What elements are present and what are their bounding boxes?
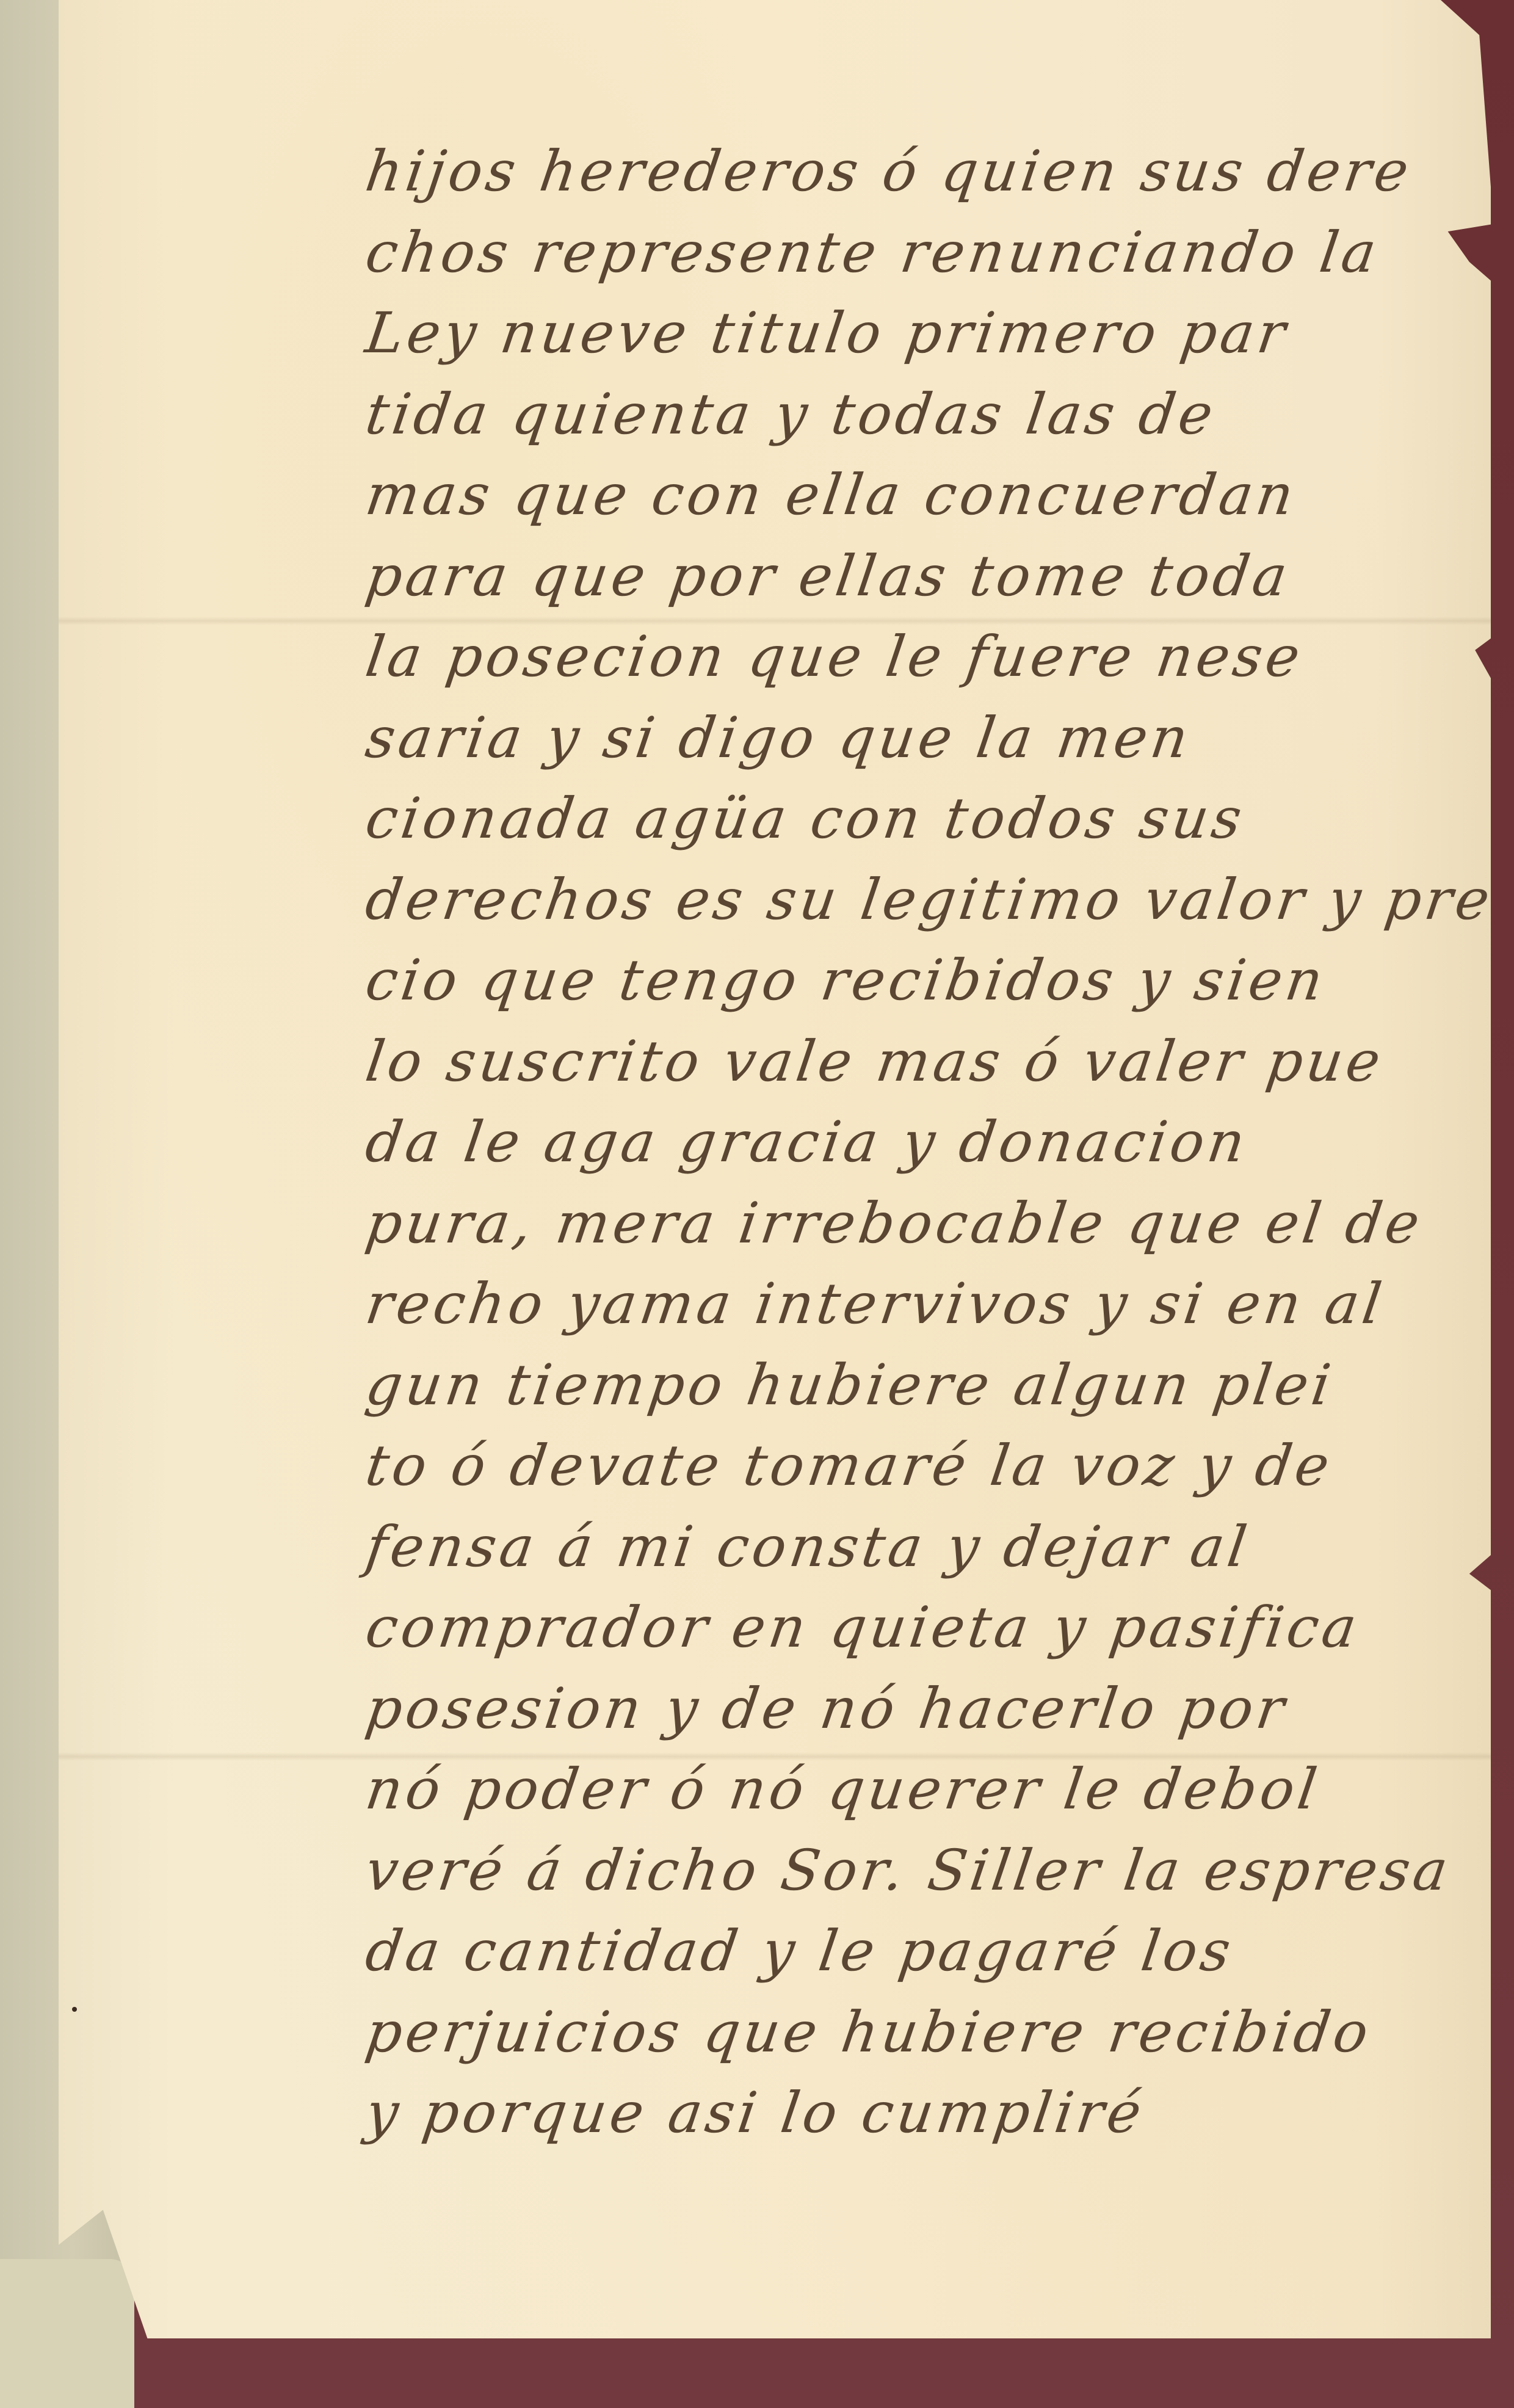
text-line: recho yama intervivos y si en al — [361, 1264, 1496, 1345]
text-line: chos represente renunciando la — [361, 212, 1496, 294]
text-line: to ó devate tomaré la voz y de — [361, 1426, 1496, 1507]
text-line: nó poder ó nó querer le debol — [361, 1749, 1496, 1830]
text-line: da le aga gracia y donacion — [361, 1102, 1496, 1183]
text-line: pura, mera irrebocable que el de — [361, 1183, 1496, 1264]
underlying-sheet-corner — [0, 2259, 134, 2408]
text-line: veré á dicho Sor. Siller la espresa — [361, 1830, 1496, 1912]
text-line: fensa á mi consta y dejar al — [361, 1507, 1496, 1588]
text-line: saria y si digo que la men — [361, 698, 1496, 779]
text-line: la posecion que le fuere nese — [361, 617, 1496, 698]
text-line: y porque asi lo cumpliré — [361, 2073, 1496, 2154]
text-line: hijos herederos ó quien sus dere — [361, 131, 1496, 212]
text-line: derechos es su legitimo valor y pre — [361, 860, 1496, 941]
text-line: da cantidad y le pagaré los — [361, 1911, 1496, 1992]
text-line: cionada agüa con todos sus — [361, 778, 1496, 860]
text-line: cio que tengo recibidos y sien — [361, 940, 1496, 1021]
text-line: tida quienta y todas las de — [361, 374, 1496, 455]
text-line: perjuicios que hubiere recibido — [361, 1992, 1496, 2073]
handwritten-text: hijos herederos ó quien sus dere chos re… — [366, 131, 1490, 2154]
text-line: Ley nueve titulo primero par — [361, 293, 1496, 374]
ink-dot — [72, 2007, 77, 2012]
text-line: lo suscrito vale mas ó valer pue — [361, 1021, 1496, 1103]
text-line: posesion y de nó hacerlo por — [361, 1669, 1496, 1750]
text-line: mas que con ella concuerdan — [361, 455, 1496, 536]
text-line: comprador en quieta y pasifica — [361, 1587, 1496, 1669]
text-line: para que por ellas tome toda — [361, 536, 1496, 617]
text-line: gun tiempo hubiere algun plei — [361, 1345, 1496, 1426]
